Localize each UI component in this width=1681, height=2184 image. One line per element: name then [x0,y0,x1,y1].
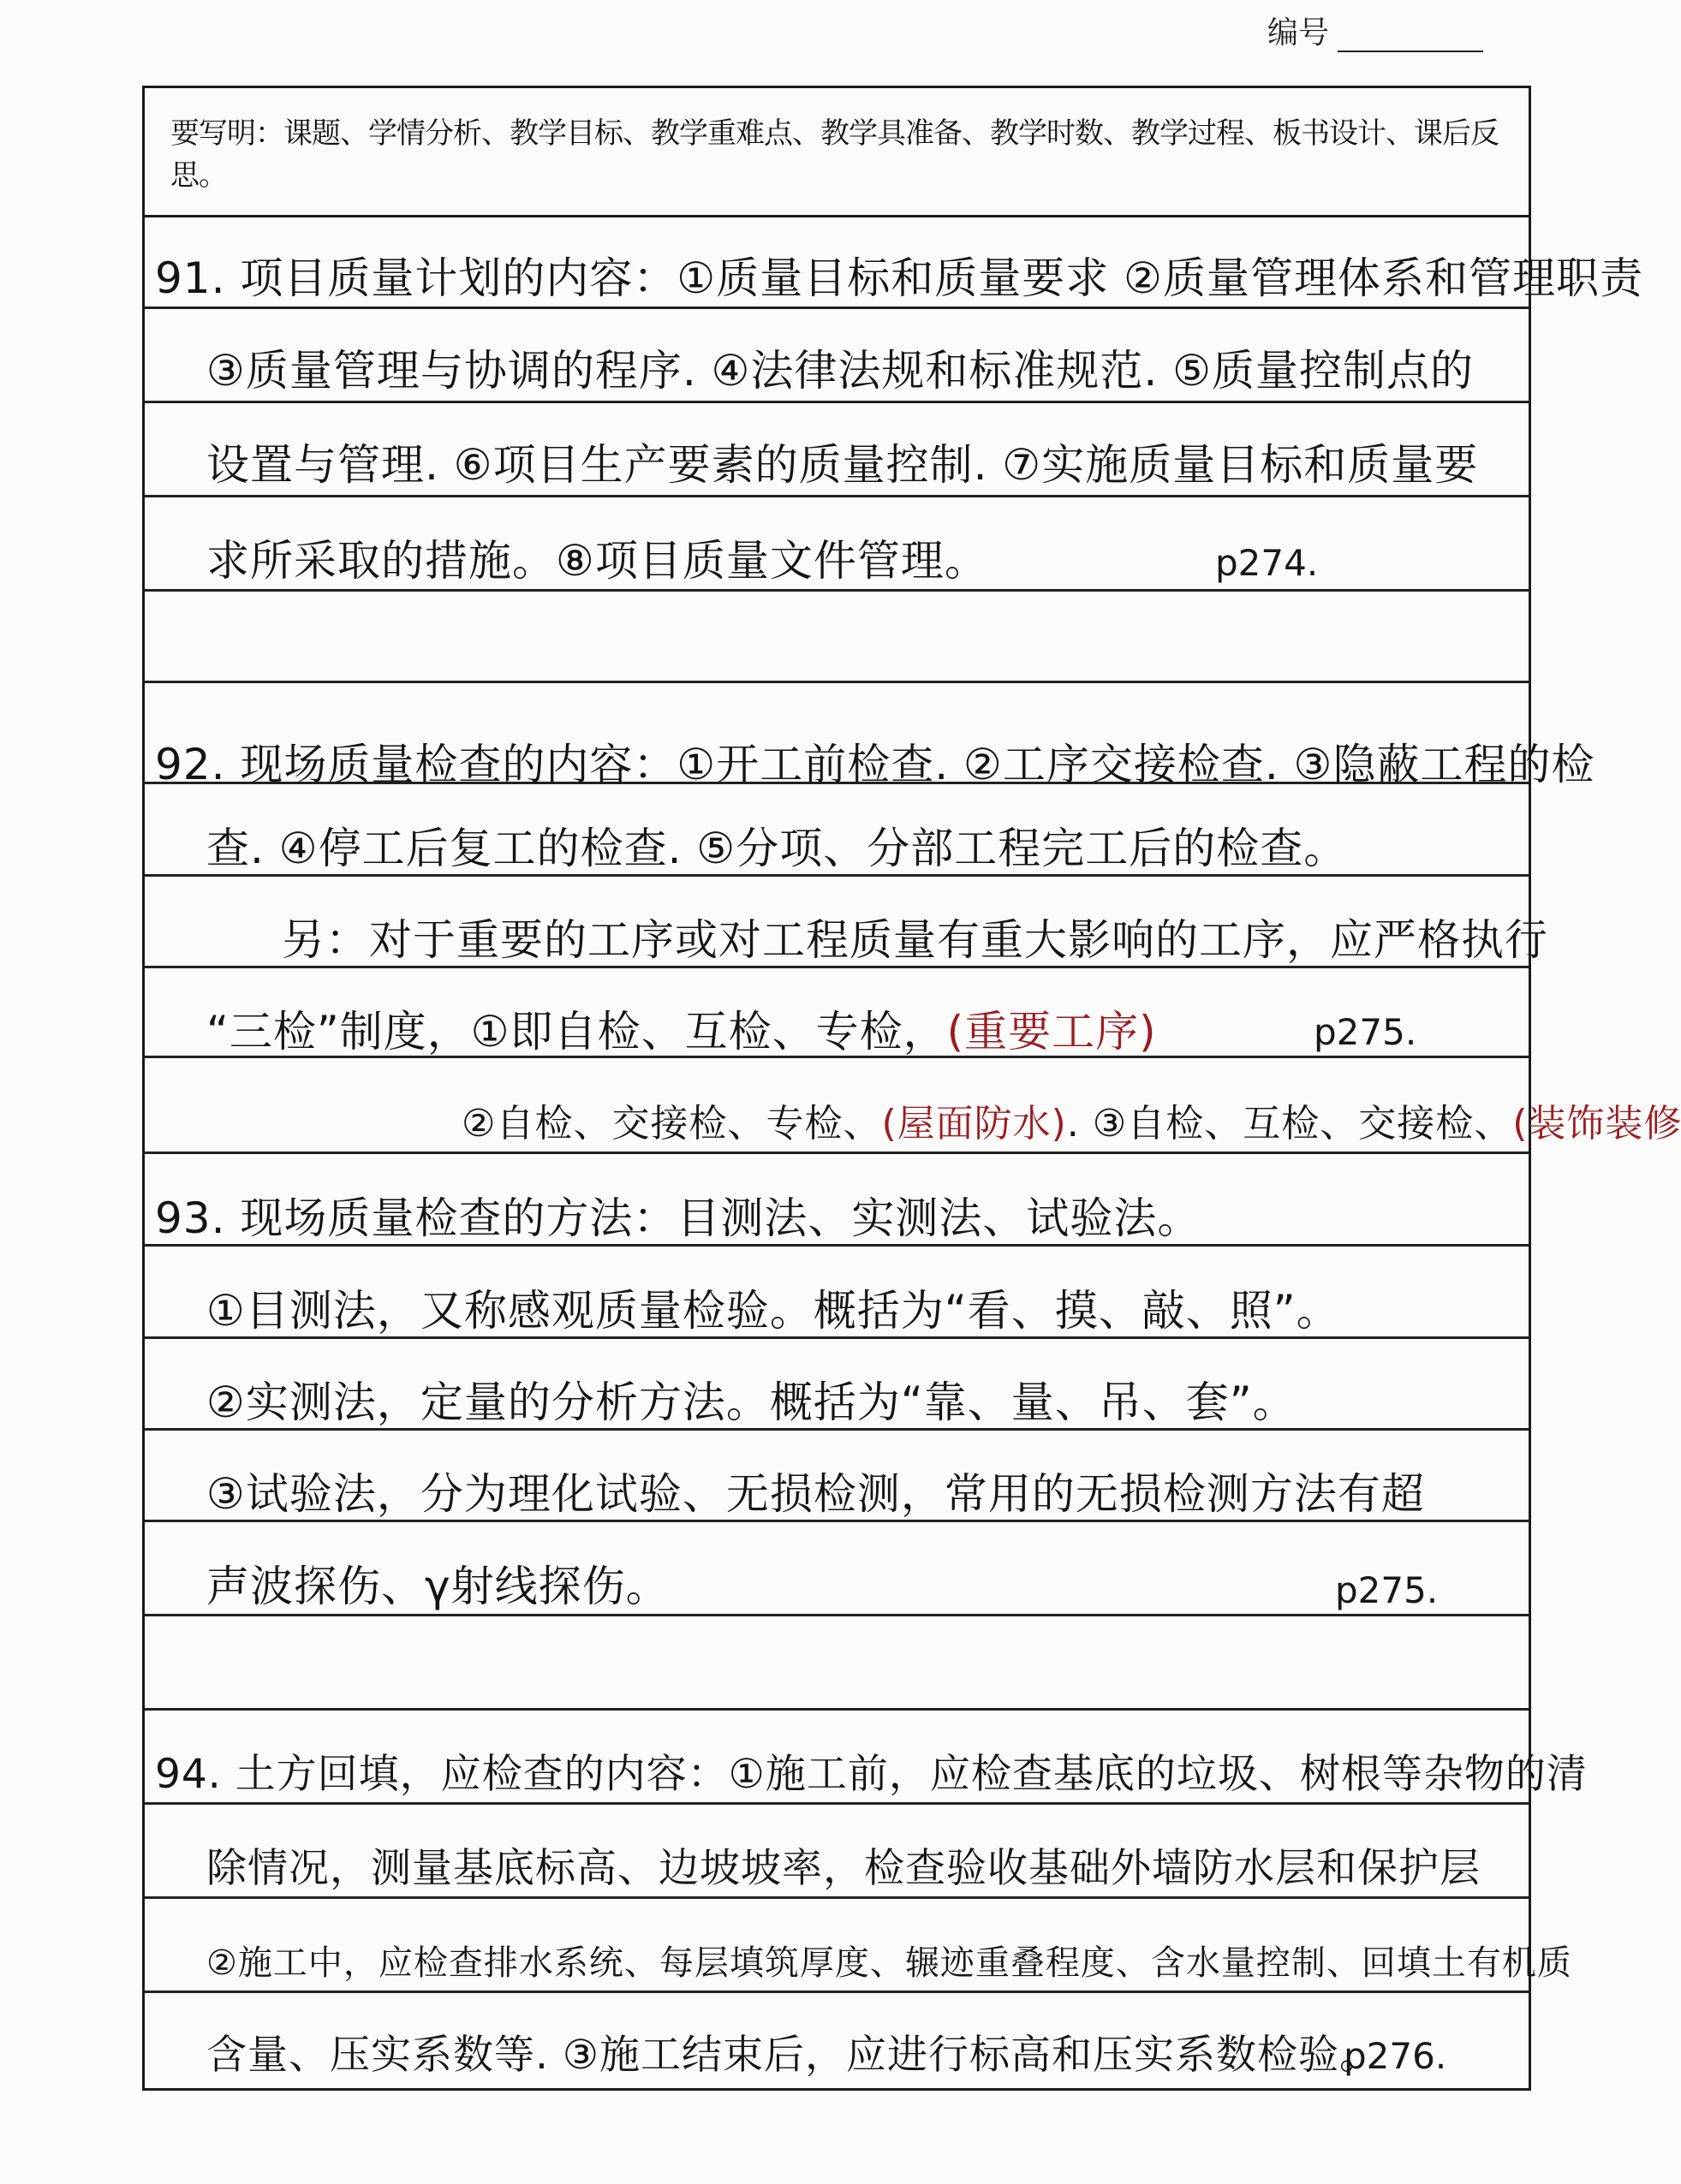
ruled-line [145,1152,1529,1154]
ruled-line [145,874,1529,877]
section-94-line-4: 含量、压实系数等. ③施工结束后，应进行标高和压实系数检验。 [206,2030,1529,2081]
section-93-line-4: ③试验法，分为理化试验、无损检测，常用的无损检测方法有超 [206,1468,1529,1520]
ruled-line [145,306,1529,309]
page-ref-93: p275. [1335,1569,1438,1611]
red-annotation-roof-waterproof: (屋面防水) [881,1102,1066,1146]
section-91-line-3: 设置与管理. ⑥项目生产要素的质量控制. ⑦实施质量目标和质量要 [206,439,1529,491]
page-ref-94: p276. [1344,2035,1446,2077]
red-annotation-key-process: (重要工序) [947,1007,1157,1056]
lesson-plan-sheet: 要写明：课题、学情分析、教学目标、教学重难点、教学具准备、教学时数、教学过程、板… [142,86,1531,2091]
sub-item-2: ②自检、交接检、专检、 [462,1102,881,1146]
ruled-line [145,495,1529,497]
section-92-line-3: 另：对于重要的工序或对工程质量有重大影响的工序，应严格执行 [282,914,1529,966]
section-92-line-1: 92. 现场质量检查的内容：①开工前检查. ②工序交接检查. ③隐蔽工程的检 [155,739,1529,790]
serial-number-field: 编号 [1267,9,1483,52]
ruled-line [145,1336,1529,1339]
three-checks-text: “三检”制度，①即自检、互检、专检， [206,1007,947,1056]
ruled-line [145,401,1529,403]
instruction-row: 要写明：课题、学情分析、教学目标、教学重难点、教学具准备、教学时数、教学过程、板… [145,88,1529,217]
sub-item-3: . ③自检、互检、交接检、 [1067,1102,1512,1146]
ruled-line [145,1520,1529,1522]
serial-label: 编号 [1267,9,1329,52]
page-ref-91: p274. [1215,542,1318,584]
section-92-line-5: ②自检、交接检、专检、(屋面防水). ③自检、互检、交接检、(装饰装修). [462,1098,1529,1150]
instruction-text: 要写明：课题、学情分析、教学目标、教学重难点、教学具准备、教学时数、教学过程、板… [170,110,1529,193]
section-91-line-4: 求所采取的措施。⑧项目质量文件管理。 [206,535,1529,586]
ruled-line [145,1896,1529,1899]
red-annotation-decoration: (装饰装修) [1512,1102,1681,1146]
section-93-line-3: ②实测法，定量的分析方法。概括为“靠、量、吊、套”。 [206,1377,1529,1428]
section-94-line-1: 94. 土方回填，应检查的内容：①施工前，应检查基底的垃圾、树根等杂物的清 [155,1749,1529,1800]
page-ref-92: p275. [1314,1011,1416,1053]
section-93-line-2: ①目测法，又称感观质量检验。概括为“看、摸、敲、照”。 [206,1285,1529,1336]
section-91-line-1: 91. 项目质量计划的内容：①质量目标和质量要求 ②质量管理体系和管理职责 [155,253,1529,304]
section-92-line-2: 查. ④停工后复工的检查. ⑤分项、分部工程完工后的检查。 [206,823,1529,874]
section-93-line-1: 93. 现场质量检查的方法：目测法、实测法、试验法。 [155,1193,1529,1244]
ruled-line [145,1991,1529,1993]
ruled-line [145,1614,1529,1616]
ruled-line [145,1802,1529,1805]
ruled-line [145,966,1529,968]
ruled-line [145,1244,1529,1247]
ruled-line [145,589,1529,592]
section-94-line-3: ②施工中，应检查排水系统、每层填筑厚度、辗迹重叠程度、含水量控制、回填土有机质 [206,1937,1529,1989]
serial-blank [1338,16,1483,52]
section-93-line-5: 声波探伤、γ射线探伤。 [206,1561,1529,1612]
ruled-line [145,1708,1529,1711]
section-94-line-2: 除情况，测量基底标高、边坡坡率，检查验收基础外墙防水层和保护层 [206,1843,1529,1895]
ruled-line [145,681,1529,683]
section-91-line-2: ③质量管理与协调的程序. ④法律法规和标准规范. ⑤质量控制点的 [206,345,1529,396]
ruled-line [145,1428,1529,1431]
